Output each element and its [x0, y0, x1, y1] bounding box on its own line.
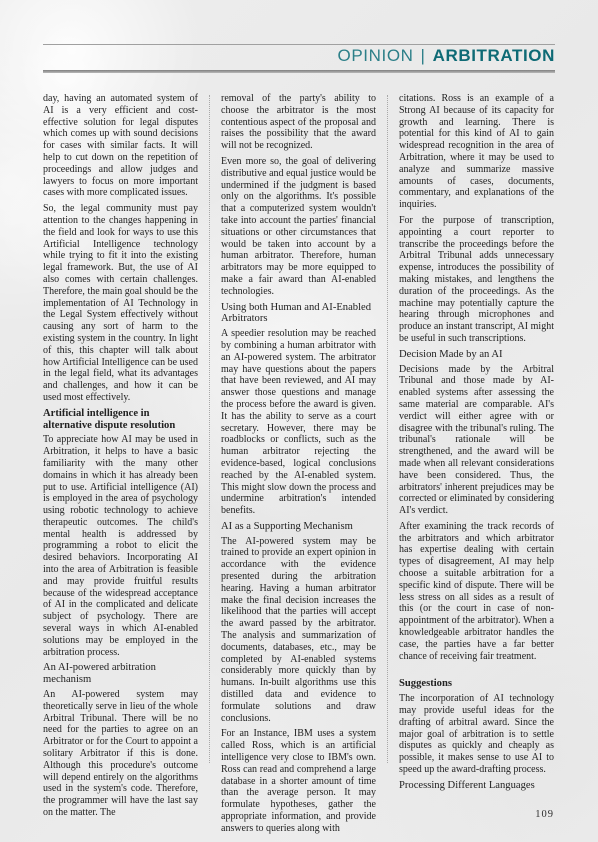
paragraph: citations. Ross is an example of a Stron…: [399, 93, 554, 211]
paragraph: To appreciate how AI may be used in Arbi…: [43, 434, 198, 658]
paragraph: For an Instance, IBM uses a system calle…: [221, 728, 376, 834]
paragraph: An AI-powered system may theoretically s…: [43, 689, 198, 819]
section-label: OPINION: [338, 46, 414, 65]
header-separator: |: [421, 46, 426, 65]
section-heading: Suggestions: [399, 678, 554, 690]
header-rule-top: [43, 44, 555, 45]
paragraph: Even more so, the goal of delivering dis…: [221, 156, 376, 298]
column-divider: [209, 95, 210, 763]
paragraph: The AI-powered system may be trained to …: [221, 536, 376, 725]
page-header: OPINION|ARBITRATION: [338, 46, 555, 66]
text-column-3: citations. Ross is an example of a Stron…: [399, 93, 554, 833]
paragraph: After examining the track records of the…: [399, 521, 554, 663]
page-number: 109: [535, 809, 554, 820]
paragraph: A speedier resolution may be reached by …: [221, 328, 376, 517]
paragraph: removal of the party's ability to choose…: [221, 93, 376, 152]
paragraph: So, the legal community must pay attenti…: [43, 203, 198, 404]
sub-heading: Using both Human and AI-Enabled Arbitrat…: [221, 302, 376, 326]
sub-heading: Decision Made by an AI: [399, 349, 554, 361]
header-rule-bottom: [43, 70, 555, 73]
sub-heading: AI as a Supporting Mechanism: [221, 521, 376, 533]
paragraph: The incorporation of AI technology may p…: [399, 693, 554, 776]
section-heading: Artificial intelligence in alternative d…: [43, 408, 198, 432]
paragraph: Decisions made by the Arbitral Tribunal …: [399, 364, 554, 517]
paragraph: day, having an automated system of AI is…: [43, 93, 198, 199]
text-column-1: day, having an automated system of AI is…: [43, 93, 198, 833]
paragraph: For the purpose of transcription, appoin…: [399, 215, 554, 345]
column-divider: [387, 95, 388, 763]
sub-heading: An AI-powered arbitration mechanism: [43, 662, 198, 686]
magazine-page: OPINION|ARBITRATION day, having an autom…: [0, 0, 598, 842]
page-title: ARBITRATION: [433, 46, 555, 65]
text-column-2: removal of the party's ability to choose…: [221, 93, 376, 833]
article-columns: day, having an automated system of AI is…: [43, 93, 555, 833]
sub-heading: Processing Different Languages: [399, 780, 554, 792]
